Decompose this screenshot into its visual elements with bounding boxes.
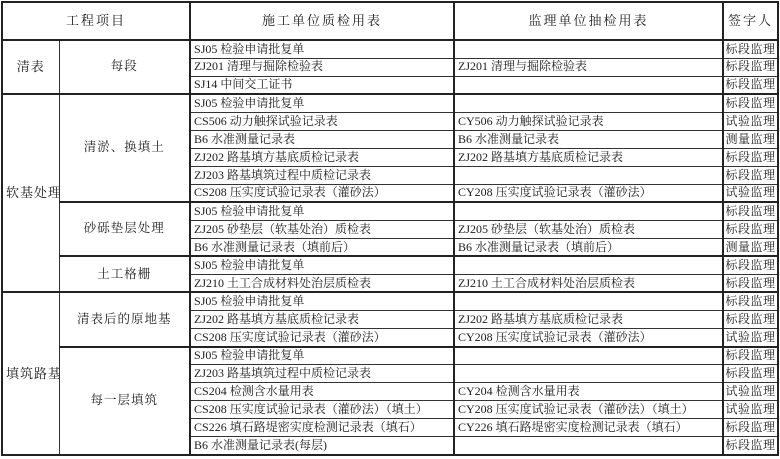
signer-cell: 试验监理 [723,184,778,202]
supervision-form-cell: B6 水准测量记录表（填前后） [454,238,723,256]
inspection-forms-table: 工程项目 施工单位质检用表 监理单位抽检用表 签字人 清表 每段 SJ05 检验… [1,1,779,456]
supervision-form-cell [454,94,723,112]
construction-form-cell: CS204 检测含水量用表 [190,383,454,401]
signer-cell: 标段监理 [723,220,778,238]
supervision-form-cell [454,40,723,58]
construction-form-cell: CS226 填石路堤密实度检测记录表（填石） [190,419,454,437]
supervision-form-cell: ZJ202 路基填方基底质检记录表 [454,310,723,328]
construction-form-cell: B6 水准测量记录表 [190,130,454,148]
signer-cell: 标段监理 [723,347,778,365]
supervision-form-cell: ZJ202 路基填方基底质检记录表 [454,148,723,166]
supervision-form-cell [454,365,723,383]
supervision-form-cell [454,347,723,365]
supervision-form-cell [454,202,723,220]
construction-form-cell: SJ05 检验申请批复单 [190,94,454,112]
signer-cell: 标段监理 [723,94,778,112]
signer-cell: 试验监理 [723,112,778,130]
table-row: 填筑路基 清表后的原地基 SJ05 检验申请批复单 标段监理 [2,292,778,310]
header-signer: 签字人 [723,2,778,40]
supervision-form-cell [454,256,723,274]
construction-form-cell: CS208 压实度试验记录表（灌砂法） [190,329,454,347]
construction-form-cell: CS506 动力触探试验记录表 [190,112,454,130]
signer-cell: 测量监理 [723,238,778,256]
construction-form-cell: ZJ202 路基填方基底质检记录表 [190,148,454,166]
signer-cell: 测量监理 [723,130,778,148]
construction-form-cell: ZJ203 路基填筑过程中质检记录表 [190,166,454,184]
header-project: 工程项目 [2,2,190,40]
supervision-form-cell: CY506 动力触探试验记录表 [454,112,723,130]
signer-cell: 标段监理 [723,256,778,274]
table-row: 清表 每段 SJ05 检验申请批复单 标段监理 [2,40,778,58]
signer-cell: 标段监理 [723,419,778,437]
supervision-form-cell [454,166,723,184]
supervision-form-cell: CY208 压实度试验记录表（灌砂法） [454,184,723,202]
table-row: 软基处理 清淤、换填土 SJ05 检验申请批复单 标段监理 [2,94,778,112]
table-row: 土工格栅 SJ05 检验申请批复单 标段监理 [2,256,778,274]
supervision-form-cell: CY204 检测含水量用表 [454,383,723,401]
subcategory-cell: 每段 [59,40,190,94]
supervision-form-cell: ZJ205 砂垫层（软基处治）质检表 [454,220,723,238]
supervision-form-cell: CY226 填石路堤密实度检测记录表（填石） [454,419,723,437]
signer-cell: 标段监理 [723,40,778,58]
category-cell: 清表 [2,40,59,94]
signer-cell: 标段监理 [723,58,778,76]
construction-form-cell: ZJ210 土工合成材料处治层质检表 [190,274,454,292]
subcategory-cell: 清表后的原地基 [59,292,190,346]
signer-cell: 标段监理 [723,274,778,292]
signer-cell: 标段监理 [723,310,778,328]
construction-form-cell: SJ05 检验申请批复单 [190,347,454,365]
supervision-form-cell: ZJ201 清理与掘除检验表 [454,58,723,76]
supervision-form-cell [454,437,723,455]
signer-cell: 试验监理 [723,401,778,419]
header-construction-forms: 施工单位质检用表 [190,2,454,40]
subcategory-cell: 土工格栅 [59,256,190,292]
category-cell: 软基处理 [2,94,59,292]
signer-cell: 标段监理 [723,166,778,184]
signer-cell: 标段监理 [723,76,778,94]
subcategory-cell: 每一层填筑 [59,347,190,455]
supervision-form-cell: CY208 压实度试验记录表（灌砂法）（填土） [454,401,723,419]
table-row: 每一层填筑 SJ05 检验申请批复单 标段监理 [2,347,778,365]
header-row: 工程项目 施工单位质检用表 监理单位抽检用表 签字人 [2,2,778,40]
construction-form-cell: B6 水准测量记录表（填前后） [190,238,454,256]
signer-cell: 标段监理 [723,148,778,166]
supervision-form-cell [454,76,723,94]
supervision-form-cell: ZJ210 土工合成材料处治层质检表 [454,274,723,292]
construction-form-cell: ZJ202 路基填方基底质检记录表 [190,310,454,328]
construction-form-cell: SJ14 中间交工证书 [190,76,454,94]
supervision-form-cell: CY208 压实度试验记录表（灌砂法） [454,329,723,347]
construction-form-cell: ZJ201 清理与掘除检验表 [190,58,454,76]
construction-form-cell: B6 水准测量记录表(每层) [190,437,454,455]
construction-form-cell: SJ05 检验申请批复单 [190,202,454,220]
construction-form-cell: CS208 压实度试验记录表（灌砂法）（填土） [190,401,454,419]
supervision-form-cell [454,292,723,310]
signer-cell: 标段监理 [723,202,778,220]
construction-form-cell: SJ05 检验申请批复单 [190,292,454,310]
subcategory-cell: 清淤、换填土 [59,94,190,202]
signer-cell: 标段监理 [723,292,778,310]
construction-form-cell: SJ05 检验申请批复单 [190,40,454,58]
table-row: 砂砾垫层处理 SJ05 检验申请批复单 标段监理 [2,202,778,220]
construction-form-cell: SJ05 检验申请批复单 [190,256,454,274]
category-cell: 填筑路基 [2,292,59,455]
signer-cell: 标段监理 [723,437,778,455]
header-supervision-forms: 监理单位抽检用表 [454,2,723,40]
signer-cell: 试验监理 [723,383,778,401]
signer-cell: 标段监理 [723,365,778,383]
signer-cell: 试验监理 [723,329,778,347]
subcategory-cell: 砂砾垫层处理 [59,202,190,256]
supervision-form-cell: B6 水准测量记录表 [454,130,723,148]
construction-form-cell: ZJ203 路基填筑过程中质检记录表 [190,365,454,383]
construction-form-cell: CS208 压实度试验记录表（灌砂法） [190,184,454,202]
construction-form-cell: ZJ205 砂垫层（软基处治）质检表 [190,220,454,238]
